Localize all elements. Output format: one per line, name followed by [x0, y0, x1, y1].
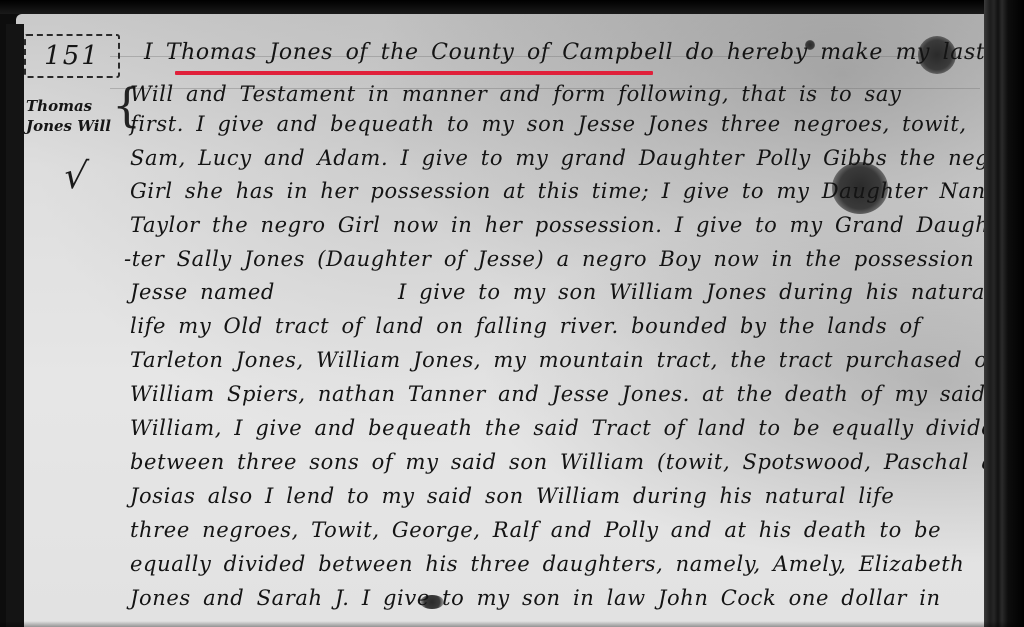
text-line: Jesse named	[130, 280, 275, 304]
red-highlight-underline	[175, 71, 653, 75]
text-line: Taylor the negro Girl now in her possess…	[130, 213, 997, 237]
scan-top-edge	[0, 0, 1024, 14]
text-line: -ter Sally Jones (Daughter of Jesse) a n…	[124, 247, 1024, 271]
text-line: first. I give and bequeath to my son Jes…	[130, 112, 967, 136]
binding-gutter	[6, 24, 24, 627]
text-line: Jones and Sarah J. I give to my son in l…	[130, 586, 941, 610]
text-line: William Spiers, nathan Tanner and Jesse …	[130, 382, 1024, 406]
text-line: Girl she has in her possession at this t…	[130, 179, 1011, 203]
text-line: three negroes, Towit, George, Ralf and P…	[130, 518, 941, 542]
margin-note: Thomas Jones Will	[26, 96, 111, 136]
record-index-number: 151	[44, 41, 100, 71]
margin-note-line-2: Jones Will	[26, 116, 111, 136]
text-line: I Thomas Jones of the County of Campbell…	[144, 40, 985, 65]
text-line: Will and Testament in manner and form fo…	[130, 82, 901, 106]
text-line: William, I give and bequeath the said Tr…	[130, 416, 1008, 440]
record-index-box: 151	[24, 34, 120, 78]
text-line: Sam, Lucy and Adam. I give to my grand D…	[130, 146, 1013, 170]
text-line: I give to my son William Jones during hi…	[398, 280, 992, 304]
text-line: equally divided between his three daught…	[130, 552, 964, 576]
text-line: Tarleton Jones, William Jones, my mounta…	[130, 348, 996, 372]
margin-note-line-1: Thomas	[26, 96, 111, 116]
text-line: between three sons of my said son Willia…	[130, 450, 1023, 474]
book-spine-edge	[984, 0, 1024, 627]
scanned-document-frame: 151 Thomas Jones Will { √ I Thomas Jones…	[0, 0, 1024, 627]
scan-bottom-edge	[0, 621, 1024, 627]
text-line: life my Old tract of land on falling riv…	[130, 314, 921, 338]
text-line: Josias also I lend to my said son Willia…	[130, 484, 894, 508]
